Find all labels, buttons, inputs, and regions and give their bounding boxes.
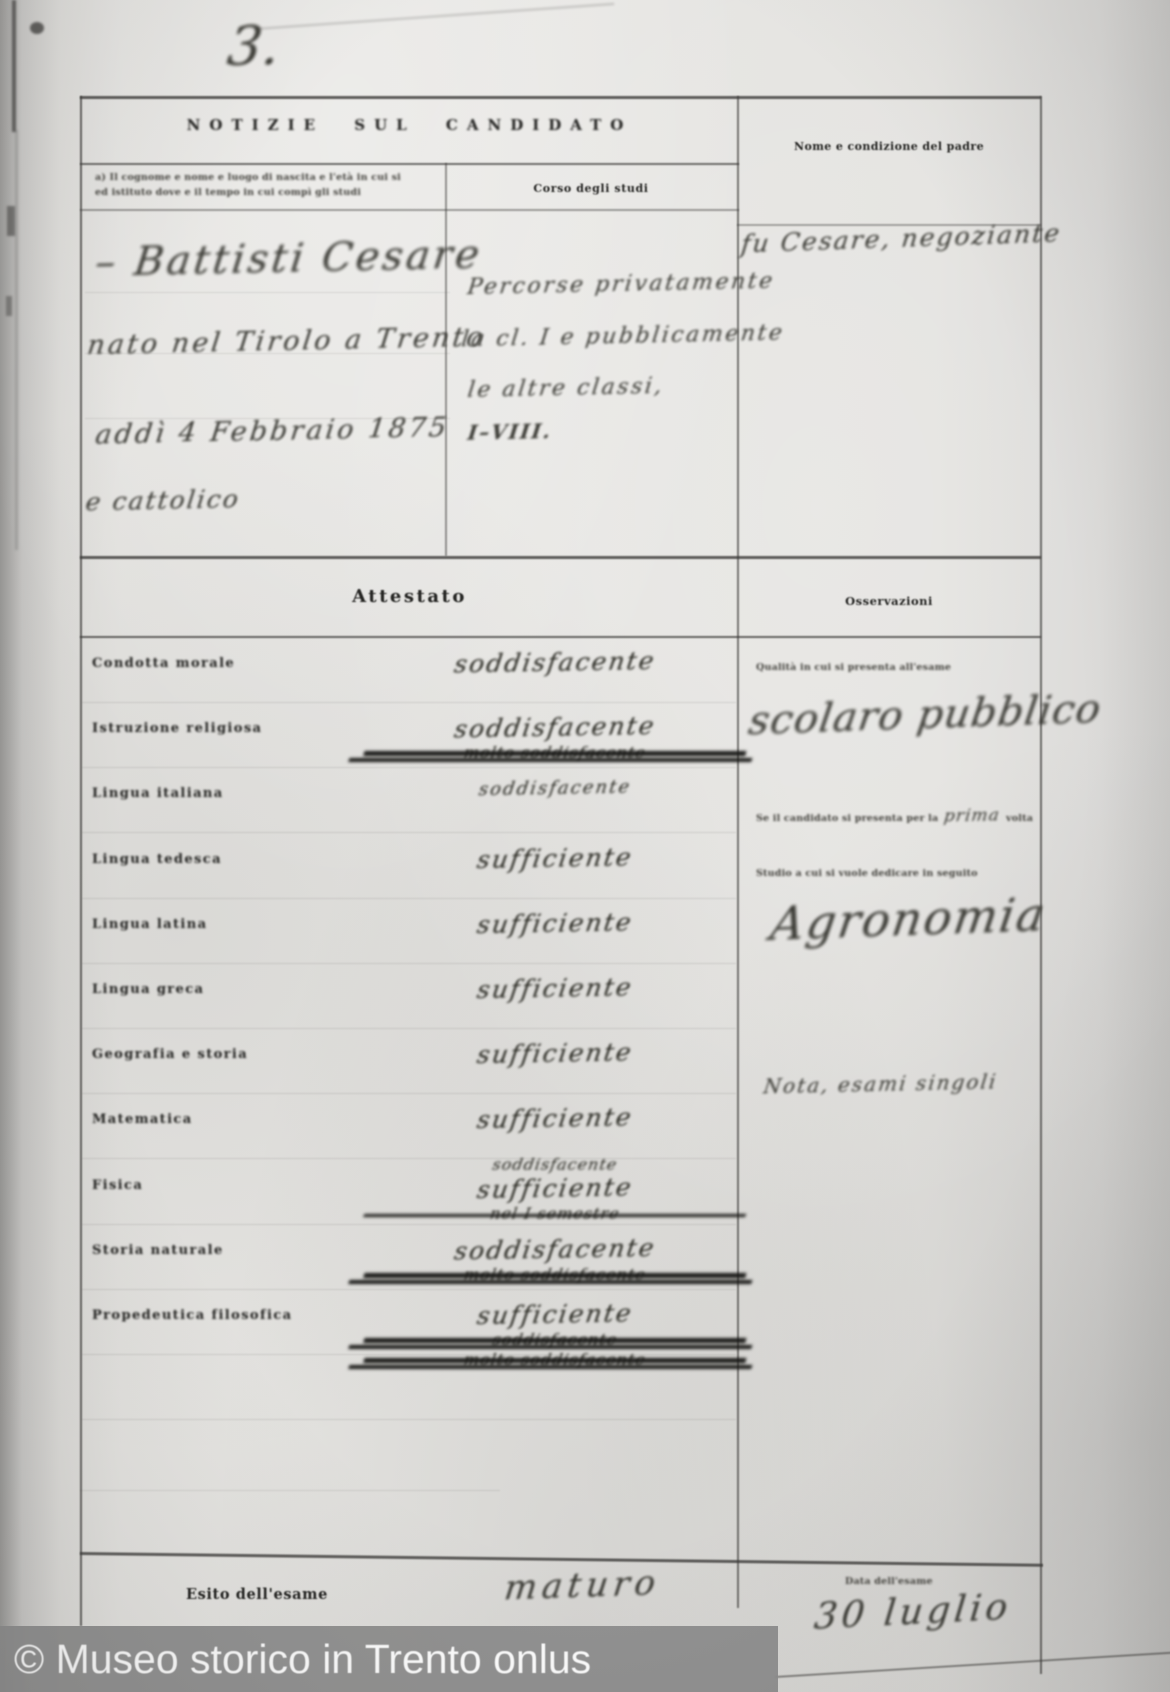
grade-struck-text-handwritten: molto soddisfacente — [388, 743, 721, 762]
form-title: NOTIZIE SUL CANDIDATO — [80, 116, 739, 134]
scanned-document-photo: 3. NOTIZIE SUL CANDIDATO a) Il cognome e… — [0, 0, 1170, 1692]
scan-edge-line — [12, 0, 16, 132]
grade-value-handwritten: sufficiente — [388, 841, 723, 876]
osservazioni-header: Osservazioni — [737, 594, 1041, 608]
horizontal-rule — [80, 209, 739, 211]
faint-row-rule — [82, 1224, 736, 1225]
osservazioni-value-3-handwritten: Agronomia — [767, 887, 1050, 951]
horizontal-rule — [80, 636, 1041, 638]
corso-line-handwritten: le altre classi, — [466, 374, 665, 403]
grade-value-handwritten: soddisfacente — [388, 645, 723, 680]
grade-value-handwritten: sufficiente — [388, 1102, 723, 1137]
vertical-rule — [445, 163, 447, 556]
subject-label: Lingua latina — [92, 917, 207, 932]
horizontal-rule — [80, 163, 739, 165]
subject-label: Storia naturale — [92, 1243, 224, 1258]
osservazioni-fine-print-2b-text: volta — [1006, 813, 1033, 824]
subject-label: Propedeutica filosofica — [92, 1308, 292, 1323]
faint-row-rule — [82, 1289, 736, 1290]
osservazioni-fine-print-2: Se il candidato si presenta per la prima… — [756, 806, 1033, 826]
watermark-bar: © Museo storico in Trento onlus — [0, 1626, 778, 1692]
faint-rule — [85, 292, 450, 293]
grade-block: soddisfacente — [390, 778, 720, 799]
fine-print-line: a) Il cognome e nome e luogo di nascita … — [95, 170, 401, 185]
osservazioni-fine-print-1: Qualità in cui si presenta all'esame — [756, 662, 951, 673]
grade-block: sufficiente — [390, 844, 720, 873]
candidate-religion-handwritten: e cattolico — [84, 484, 242, 516]
padre-header: Nome e condizione del padre — [737, 140, 1041, 153]
grade-block: sufficiente — [390, 909, 720, 938]
subject-label: Lingua tedesca — [92, 852, 222, 867]
osservazioni-note-handwritten: Nota, esami singoli — [762, 1070, 999, 1099]
grade-value-handwritten: soddisfacente — [388, 1232, 723, 1267]
grade-block: sufficiente — [390, 1104, 720, 1133]
scan-edge-tick — [7, 206, 15, 236]
grade-struck-text-handwritten: nel I semestre — [388, 1204, 721, 1223]
osservazioni-fine-print-2-text: Se il candidato si presenta per la — [756, 813, 938, 824]
subject-label: Matematica — [92, 1112, 193, 1127]
grade-value-handwritten: sufficiente — [388, 971, 723, 1006]
data-esame-label: Data dell'esame — [845, 1576, 933, 1587]
grade-struck-text-handwritten: molto soddisfacente — [388, 1350, 721, 1369]
faint-row-rule — [82, 767, 736, 768]
grade-block: soddisfacentemolto soddisfacente — [390, 713, 720, 762]
corso-line-handwritten: I–VIII. — [466, 419, 553, 445]
attestato-header: Attestato — [80, 586, 739, 607]
horizontal-rule — [80, 556, 1041, 559]
grade-block: sufficiente — [390, 1039, 720, 1068]
faint-row-rule — [82, 1028, 736, 1029]
grade-struck-text-handwritten: soddisfacente — [388, 1330, 721, 1349]
grade-value-handwritten: sufficiente — [388, 1171, 723, 1206]
grade-block: sufficientesoddisfacentemolto soddisface… — [390, 1300, 720, 1369]
candidate-name-handwritten: – Battisti Cesare — [93, 232, 485, 286]
watermark-credit-text: © Museo storico in Trento onlus — [0, 1636, 591, 1683]
scan-edge-tick — [6, 296, 12, 316]
subject-label: Lingua greca — [92, 982, 204, 997]
subject-label: Lingua italiana — [92, 786, 224, 801]
grade-value-handwritten: sufficiente — [388, 1297, 723, 1332]
vertical-rule — [80, 96, 82, 1626]
grade-struck-text-handwritten: molto soddisfacente — [388, 1265, 721, 1284]
osservazioni-fine-print-3: Studio a cui si vuole dedicare in seguit… — [756, 868, 978, 879]
corso-header: Corso degli studi — [445, 182, 737, 195]
grade-value-handwritten: sufficiente — [388, 1036, 723, 1071]
horizontal-rule — [80, 96, 1041, 99]
scan-edge-streak — [15, 130, 18, 550]
faint-row-rule — [82, 898, 736, 899]
faint-row-rule — [82, 963, 736, 964]
grade-block: sufficiente — [390, 974, 720, 1003]
subject-label: Istruzione religiosa — [92, 721, 262, 736]
page-number-handwritten: 3. — [224, 13, 283, 77]
grade-value-handwritten: soddisfacente — [388, 710, 723, 745]
osservazioni-insert-handwritten: prima — [943, 805, 1001, 826]
subject-label: Geografia e storia — [92, 1047, 248, 1062]
subject-label: Fisica — [92, 1178, 143, 1193]
grade-block: soddisfacentesufficientenel I semestre — [390, 1154, 720, 1223]
faint-row-rule — [82, 832, 736, 833]
grade-block: soddisfacente — [390, 648, 720, 677]
faint-row-rule — [82, 1419, 736, 1420]
scan-corner-dot — [30, 22, 44, 34]
grade-block: soddisfacentemolto soddisfacente — [390, 1235, 720, 1284]
grade-value-handwritten: soddisfacente — [388, 776, 722, 803]
faint-rule — [80, 1490, 500, 1491]
esito-value-handwritten: maturo — [502, 1563, 662, 1608]
header-fine-print: a) Il cognome e nome e luogo di nascita … — [95, 170, 401, 200]
faint-row-rule — [82, 702, 736, 703]
subject-label: Condotta morale — [92, 656, 235, 671]
esito-label: Esito dell'esame — [186, 1586, 328, 1603]
grade-value-handwritten: sufficiente — [388, 906, 723, 941]
grade-extra-text-handwritten: soddisfacente — [388, 1155, 721, 1174]
vertical-rule — [1040, 96, 1042, 1674]
fine-print-line: ed istituto dove e il tempo in cui compì… — [95, 185, 401, 200]
faint-row-rule — [82, 1093, 736, 1094]
